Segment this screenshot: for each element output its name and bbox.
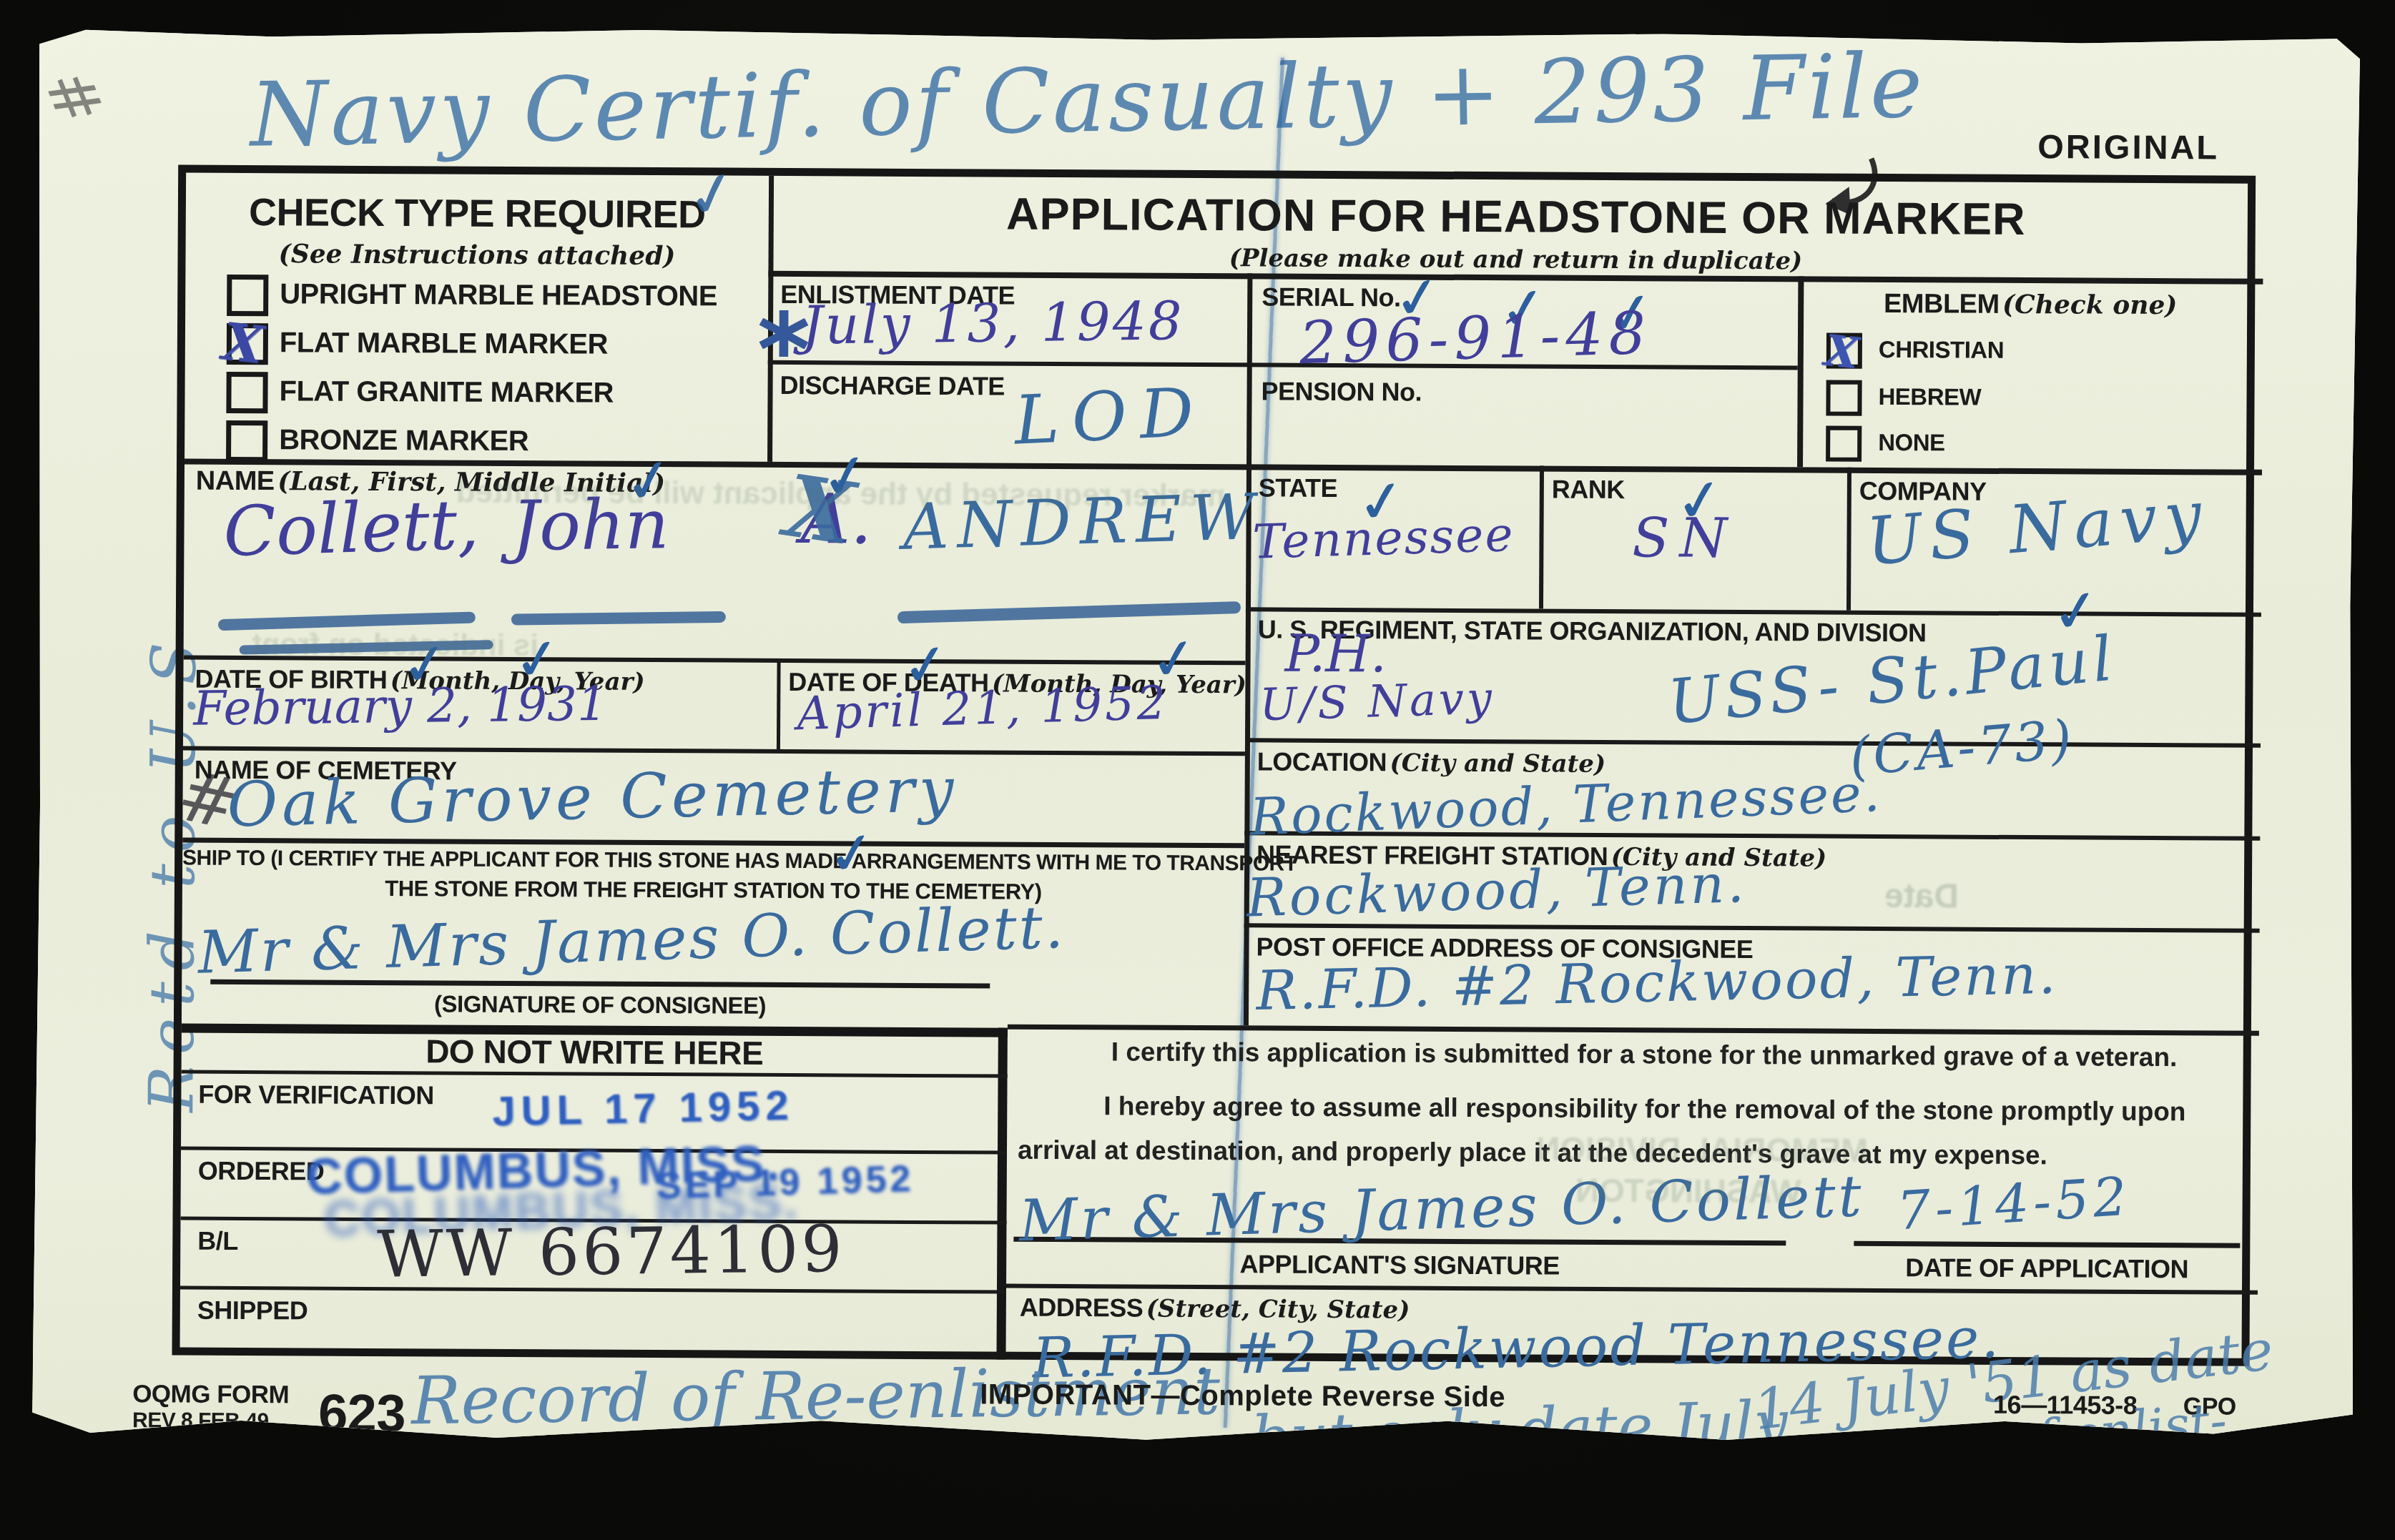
check-type-title: CHECK TYPE REQUIRED [186,190,769,237]
top-margin-note: Navy Certif. of Casualty + 293 File [250,42,1926,160]
state-value: Tennessee [1252,511,1515,566]
regiment-value-2: U/S Navy [1259,676,1495,727]
check-type-option-label: BRONZE MARKER [279,424,528,458]
form-id-line-2: REV 8 FEB 49 [132,1408,269,1433]
grid-line [1539,466,1544,609]
po-address-value: R.F.D. #2 Rockwood, Tenn. [1256,947,2058,1018]
bleedthrough-text: marker requested by the applicant will b… [456,475,1226,515]
x-mark-icon: X [220,310,266,375]
regiment-value-1: P.H. [1284,628,1387,680]
location-label: LOCATION [1257,746,1387,776]
grid-line [183,746,1245,756]
freight-value: Rockwood, Tenn. [1246,857,1748,925]
form-number: 623 [318,1383,405,1444]
scanned-document-stage: Navy Certif. of Casualty + 293 File ORIG… [0,0,2395,1540]
application-date-value: 7-14-52 [1896,1170,2133,1238]
for-verification-label: FOR VERIFICATION [198,1080,434,1111]
checkbox-hebrew: X [1826,380,1862,416]
check-type-option-label: UPRIGHT MARBLE HEADSTONE [280,278,717,312]
application-form: CHECK TYPE REQUIRED (See Instructions at… [172,165,2256,1366]
grid-line [1846,468,1851,611]
ink-underline [897,601,1241,623]
ink-underline [511,611,726,626]
rank-label: RANK [1552,475,1625,505]
enlistment-date-value: July 13, 1948 [802,295,1185,352]
footer-note-mid: but only date July [1251,1392,1789,1468]
verification-date-stamp: JUL 17 1952 [492,1082,795,1136]
check-type-subtitle: (See Instructions attached) [185,239,768,272]
state-label: STATE [1259,473,1337,503]
grid-line [1245,738,2261,747]
checkbox-bronze: X [226,420,267,462]
x-mark-icon: X [1822,325,1861,379]
pension-no-label: PENSION No. [1261,376,1422,407]
discharge-date-value: LOD [1013,379,1208,455]
certification-para-1: I certify this application is submitted … [1111,1037,2178,1072]
address-label: ADDRESS [1020,1293,1144,1323]
checkbox-flat-granite: X [226,372,267,413]
consignee-caption: (SIGNATURE OF CONSIGNEE) [182,989,1018,1021]
emblem-option-label: CHRISTIAN [1879,336,2004,364]
checkbox-upright-marble: X [227,275,268,316]
checkbox-christian: X [1826,333,1862,369]
form-id-line-1: OQMG FORM [132,1380,289,1409]
application-date-caption: DATE OF APPLICATION [1854,1253,2240,1285]
check-mark-icon: ✓ [824,822,879,885]
bl-value: WW 6674109 [377,1218,846,1288]
grid-line [1008,1025,2259,1036]
check-type-option-label: FLAT GRANITE MARKER [279,375,614,409]
emblem-title-row: EMBLEM (Check one) [1798,288,2263,321]
ordered-date-stamp: SEP 19 1952 [656,1158,915,1208]
dod-value: April 21, 1952 [796,681,1169,737]
emblem-option-label: NONE [1878,429,1945,456]
applicant-signature-caption: APPLICANT'S SIGNATURE [1013,1248,1786,1283]
paper-form: Navy Certif. of Casualty + 293 File ORIG… [32,21,2360,1464]
emblem-title: EMBLEM [1884,289,2000,320]
rank-value: SN [1632,510,1737,566]
bleedthrough-text: is indicated on front [252,627,539,663]
check-type-option-label: FLAT MARBLE MARKER [280,327,608,360]
ship-to-label-2: THE STONE FROM THE FREIGHT STATION TO TH… [182,875,1244,907]
grid-line [777,658,781,749]
bleedthrough-text: Date [1884,877,1959,917]
check-mark-icon: ✓ [2048,580,2103,643]
location-label-row: LOCATION (City and State) [1257,746,1605,779]
dob-value: February 2, 1931 [193,681,607,733]
corner-pencil-scrawl: # [30,59,118,136]
name-last-value: Collett, [222,490,480,567]
bl-label: B/L [197,1226,238,1256]
serial-no-value: 296-91-48 [1299,305,1653,374]
location-value: Rockwood, Tennessee. [1249,767,1882,843]
emblem-option-label: HEBREW [1878,383,1981,411]
checkbox-none: X [1826,426,1862,462]
form-title: APPLICATION FOR HEADSTONE OR MARKER [769,187,2263,247]
do-not-write-title: DO NOT WRITE HERE [182,1031,1008,1074]
discharge-date-label: DISCHARGE DATE [780,370,1005,402]
bleedthrough-text: WASHINGTON [1575,1171,1801,1211]
application-date-line [1854,1241,2240,1248]
shipped-label: SHIPPED [197,1295,308,1326]
bleedthrough-text: MEMORIAL DIVISION [1536,1129,1869,1169]
checkbox-flat-marble: X [227,323,268,365]
regiment-value-4: (CA-73) [1847,713,2076,784]
emblem-title-hint: (Check one) [2002,290,2178,320]
original-label: ORIGINAL [2037,127,2219,167]
ship-to-value: Mr & Mrs James O. Collett. [197,899,1066,983]
ship-to-label-1: SHIP TO (I CERTIFY THE APPLICANT FOR THI… [182,846,1244,877]
